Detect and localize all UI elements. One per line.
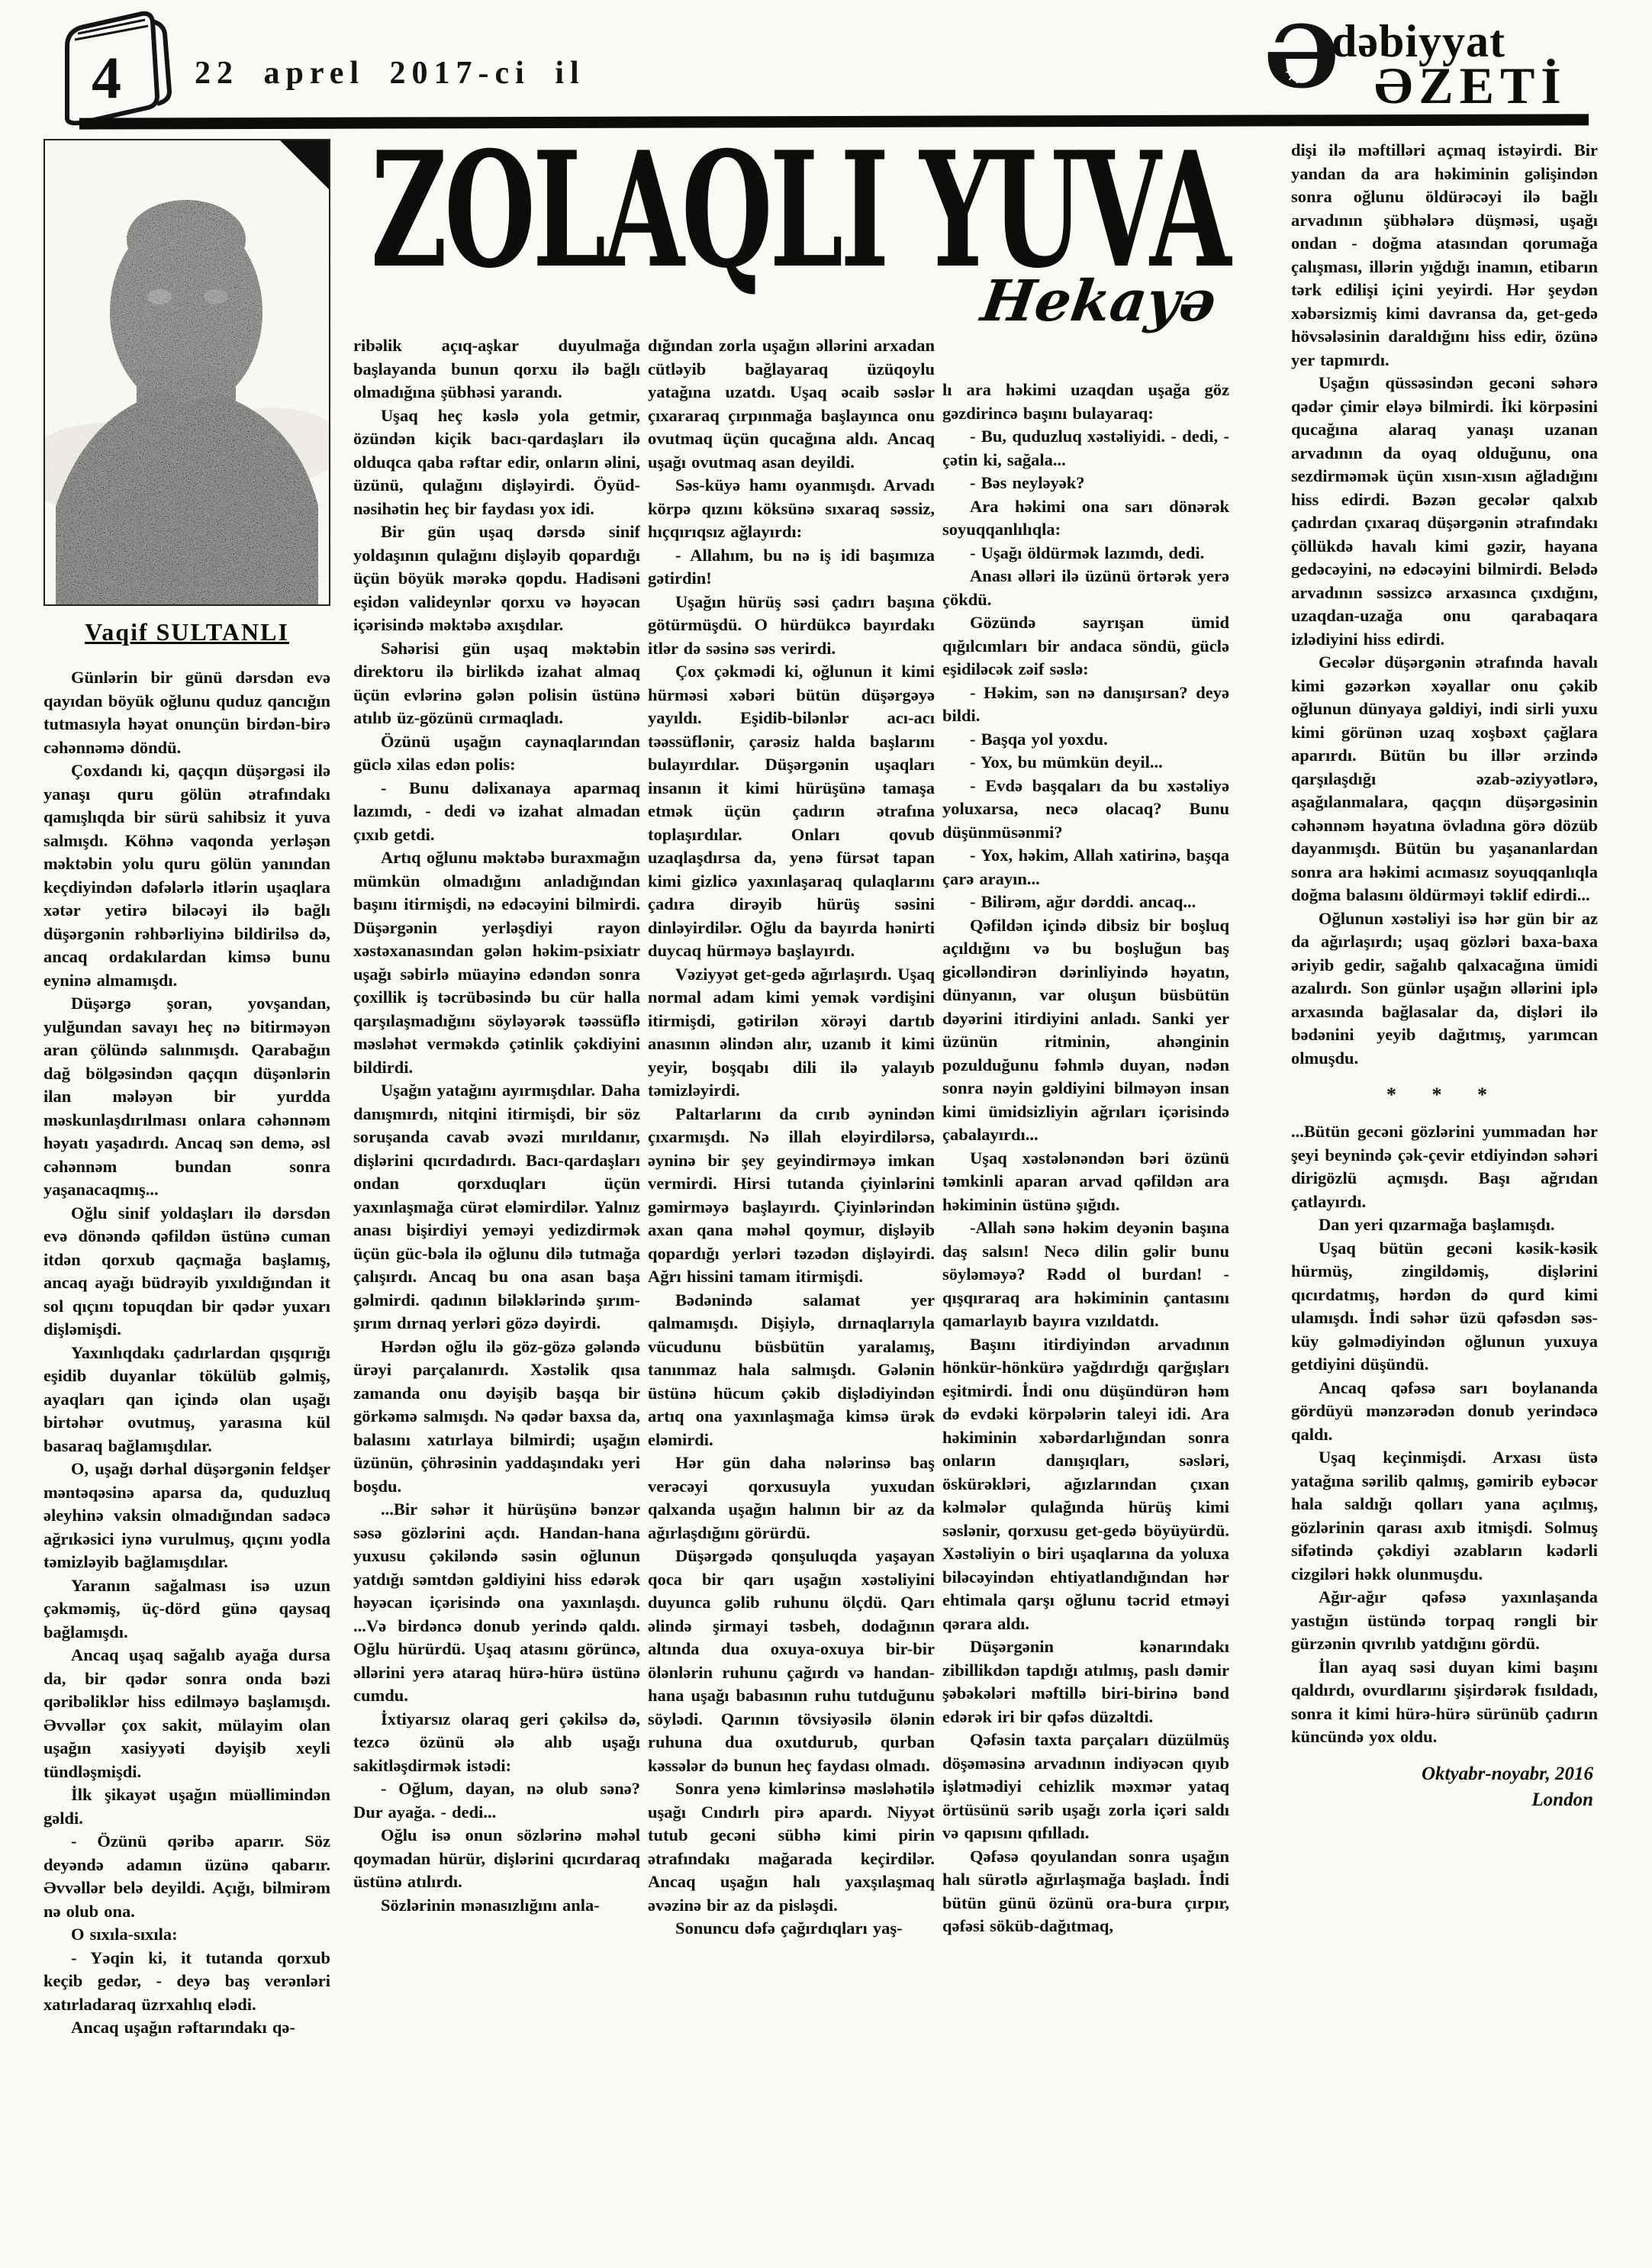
paragraph: - Başqa yol yoxdu. <box>942 728 1229 752</box>
paragraph: Qəfəsə qoyulandan sonra uşağın halı sürə… <box>942 1845 1229 1938</box>
paragraph: ...Bir səhər it hürüşünə bənzər səsə göz… <box>353 1498 640 1708</box>
column-5-text-bottom: ...Bütün gecəni gözlərini yummadan hər ş… <box>1291 1120 1598 1749</box>
paragraph: - Həkim, sən nə danışırsan? deyə bildi. <box>942 681 1229 728</box>
page-number: 4 <box>92 44 121 111</box>
paragraph: Uşaq xəstələnəndən bəri özünü təmkinli a… <box>942 1147 1229 1217</box>
paragraph: ribəlik açıq-aşkar duyulmağa başlayanda … <box>353 334 640 404</box>
paragraph: Düşərgə şoran, yovşandan, yulğundan sava… <box>43 992 330 1202</box>
paragraph: Düşərgənin kənarındakı zibillikdən tapdı… <box>942 1635 1229 1728</box>
paragraph: İlk şikayət uşağın müəllimindən gəldi. <box>43 1783 330 1830</box>
paragraph: O, uşağı dərhal düşərgənin feldşer məntə… <box>43 1458 330 1574</box>
paragraph: Sözlərinin mənasızlığını anla- <box>353 1894 640 1918</box>
paragraph: Ancaq uşağın rəftarındakı qə- <box>43 2016 330 2040</box>
paragraph: Uşağın yatağını ayırmışdılar. Daha danış… <box>353 1079 640 1335</box>
paragraph: Yaxınlıqdakı çadırlardan qışqırığı eşidi… <box>43 1342 330 1458</box>
paragraph: Oğlu sinif yoldaşları ilə dərsdən evə dö… <box>43 1202 330 1342</box>
paragraph: Özünü uşağın caynaqlarından güclə xilas … <box>353 730 640 777</box>
column-5: dişi ilə məftilləri açmaq istəyirdi. Bir… <box>1291 139 1598 2245</box>
paragraph: Uşağın qüssəsindən gecəni səhərə qədər ç… <box>1291 372 1598 651</box>
paragraph: - Bəs neyləyək? <box>942 472 1229 495</box>
paragraph: - Bu, quduzluq xəstəliyidi. - dedi, - çə… <box>942 425 1229 472</box>
paragraph: Artıq oğlunu məktəbə buraxmağın mümkün o… <box>353 846 640 1079</box>
paragraph: - Yox, həkim, Allah xatirinə, başqa çarə… <box>942 844 1229 891</box>
column-1-text: Günlərin bir günü dərsdən evə qayıdan bö… <box>43 666 330 2040</box>
paragraph: Gözündə sayrışan ümid qığılcımları bir a… <box>942 611 1229 681</box>
author-photo <box>43 139 330 606</box>
paragraph: Hər gün daha nələrinsə baş verəcəyi qorx… <box>648 1451 935 1545</box>
article-genre: Hekayə <box>949 269 1248 334</box>
paragraph: Ancaq qəfəsə sarı boylananda gördüyü mən… <box>1291 1377 1598 1447</box>
page-date: 22 aprel 2017-ci il <box>195 55 585 92</box>
paragraph: O sıxıla-sıxıla: <box>43 1923 330 1947</box>
paragraph: - Özünü qəribə aparır. Söz deyəndə adamı… <box>43 1830 330 1923</box>
paragraph: Vəziyyət get-gedə ağırlaşırdı. Uşaq norm… <box>648 963 935 1103</box>
author-name: Vaqif SULTANLI <box>43 618 330 646</box>
paragraph: - Bunu dəlixanaya aparmaq lazımdı, - ded… <box>353 777 640 847</box>
author-portrait-image <box>45 140 329 604</box>
paragraph: Uşağın hürüş səsi çadırı başına götürmüş… <box>648 591 935 661</box>
paragraph: Çoxdandı ki, qaçqın düşərgəsi ilə yanaşı… <box>43 759 330 992</box>
paragraph: Ara həkimi ona sarı dönərək soyuqqanlılı… <box>942 495 1229 542</box>
paragraph: Uşaq heç kəslə yola getmir, özündən kiçi… <box>353 404 640 521</box>
paragraph: Səs-küyə hamı oyanmışdı. Arvadı körpə qı… <box>648 474 935 544</box>
paragraph: Gecələr düşərgənin ətrafında havalı kimi… <box>1291 651 1598 907</box>
paragraph: Günlərin bir günü dərsdən evə qayıdan bö… <box>43 666 330 759</box>
paragraph: dığından zorla uşağın əllərini arxadan c… <box>648 334 935 474</box>
paragraph: Uşaq bütün gecəni kəsik-kəsik hürmüş, zi… <box>1291 1237 1598 1377</box>
paragraph: lı ara həkimi uzaqdan uşağa göz gəzdirin… <box>942 379 1229 425</box>
paragraph: Paltarlarını da cırıb əynindən çıxarmışd… <box>648 1103 935 1289</box>
column-4: lı ara həkimi uzaqdan uşağa göz gəzdirin… <box>942 379 1229 2233</box>
paragraph: Yaranın sağalması isə uzun çəkməmiş, üç-… <box>43 1574 330 1645</box>
paragraph: İlan ayaq səsi duyan kimi başını qaldırd… <box>1291 1656 1598 1749</box>
paragraph: Bədənində salamat yer qalmamışdı. Dişiyl… <box>648 1289 935 1452</box>
paragraph: Uşaq keçinmişdi. Arxası üstə yatağına sə… <box>1291 1446 1598 1586</box>
paragraph: Çox çəkmədi ki, oğlunun it kimi hürməsi … <box>648 660 935 963</box>
paragraph: Oğlu isə onun sözlərinə məhəl qoymadan h… <box>353 1824 640 1894</box>
paragraph: Sonra yenə kimlərinsə məsləhətilə uşağı … <box>648 1777 935 1917</box>
masthead: Ə ✳ dəbiyyat ƏZETİ <box>1264 14 1592 121</box>
page-number-badge: 4 <box>44 6 189 128</box>
masthead-star-icon: ✳ <box>1284 58 1310 89</box>
paragraph: Qəfəsin taxta parçaları düzülmüş döşəməs… <box>942 1728 1229 1845</box>
paragraph: Başını itirdiyindən arvadının hönkür-hön… <box>942 1333 1229 1636</box>
paragraph: Oğlunun xəstəliyi isə hər gün bir az da … <box>1291 907 1598 1071</box>
signature-place: London <box>1291 1787 1593 1813</box>
paragraph: -Allah sənə həkim deyənin başına daş sal… <box>942 1216 1229 1333</box>
masthead-line2: ƏZETİ <box>1374 60 1567 111</box>
signature-date: Oktyabr-noyabr, 2016 <box>1291 1761 1593 1787</box>
story-signature: Oktyabr-noyabr, 2016 London <box>1291 1761 1598 1813</box>
paragraph: Anası əlləri ilə üzünü örtərək yerə çökd… <box>942 565 1229 611</box>
paragraph: Düşərgədə qonşuluqda yaşayan qoca bir qa… <box>648 1545 935 1777</box>
column-2: ribəlik açıq-aşkar duyulmağa başlayanda … <box>353 334 640 2227</box>
paragraph: - Evdə başqaları da bu xəstəliyə yoluxar… <box>942 775 1229 845</box>
paragraph: Qəfildən içində dibsiz bir boşluq açıldı… <box>942 914 1229 1147</box>
newspaper-page: 4 22 aprel 2017-ci il Ə ✳ dəbiyyat ƏZETİ… <box>0 0 1652 2268</box>
book-icon: 4 <box>44 6 189 128</box>
paragraph: - Bilirəm, ağır dərddi. ancaq... <box>942 891 1229 914</box>
paragraph: Səhərisi gün uşaq məktəbin direktoru ilə… <box>353 637 640 730</box>
paragraph: ...Bütün gecəni gözlərini yummadan hər ş… <box>1291 1120 1598 1213</box>
paragraph: Ancaq uşaq sağalıb ayağa dursa da, bir q… <box>43 1644 330 1783</box>
paragraph: İxtiyarsız olaraq geri çəkilsə də, tezcə… <box>353 1708 640 1778</box>
column-3: dığından zorla uşağın əllərini arxadan c… <box>648 334 935 2234</box>
paragraph: Dan yeri qızarmağa başlamışdı. <box>1291 1213 1598 1237</box>
column-1: Vaqif SULTANLI Günlərin bir günü dərsdən… <box>43 139 330 2253</box>
paragraph: - Uşağı öldürmək lazımdı, dedi. <box>942 542 1229 565</box>
column-5-text-top: dişi ilə məftilləri açmaq istəyirdi. Bir… <box>1291 139 1598 1070</box>
paragraph: Ağır-ağır qəfəsə yaxınlaşanda yastığın ü… <box>1291 1586 1598 1656</box>
paragraph: - Yox, bu mümkün deyil... <box>942 751 1229 775</box>
paragraph: - Allahım, bu nə iş idi başımıza gətirdi… <box>648 544 935 591</box>
paragraph: - Yəqin ki, it tutanda qorxub keçib gedə… <box>43 1947 330 2017</box>
section-separator: * * * <box>1291 1084 1598 1107</box>
paragraph: - Oğlum, dayan, nə olub sənə? Dur ayağa.… <box>353 1777 640 1824</box>
paragraph: Bir gün uşaq dərsdə sinif yoldaşının qul… <box>353 520 640 637</box>
paragraph: Hərdən oğlu ilə göz-gözə gələndə ürəyi p… <box>353 1335 640 1499</box>
paragraph: dişi ilə məftilləri açmaq istəyirdi. Bir… <box>1291 139 1598 372</box>
paragraph: Sonuncu dəfə çağırdıqları yaş- <box>648 1917 935 1941</box>
